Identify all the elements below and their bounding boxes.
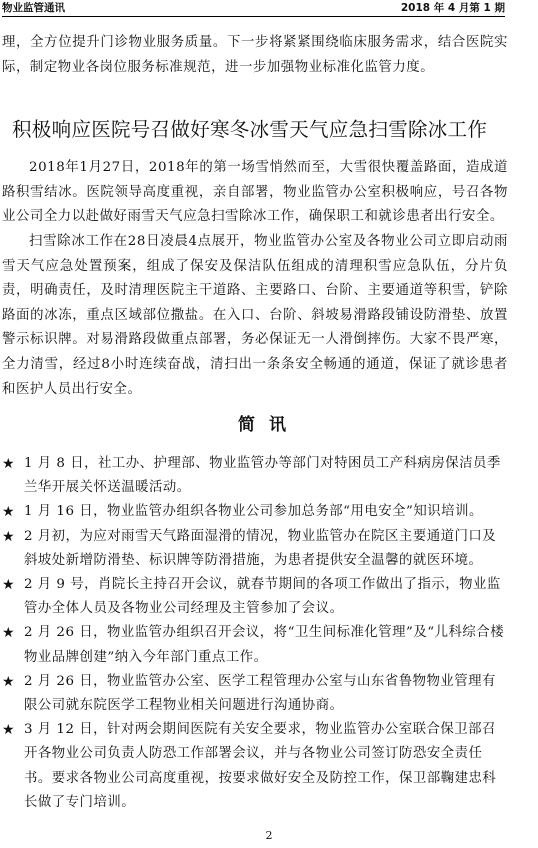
intro-continuation-paragraph: 理，全方位提升门诊物业服务质量。下一步将紧紧围绕临床服务需求，结合医院实际，制定… [2,31,508,80]
brief-text: 2 月 9 号，肖院长主持召开会议，就春节期间的各项工作做出了指示，物业监管办全… [24,577,501,616]
brief-text: 2 月 26 日，物业监管办组织召开会议，将“卫生间标准化管理”及“儿科综合楼物… [24,625,504,664]
brief-item: ★3 月 12 日，针对两会期间医院有关安全要求，物业监管办公室联合保卫部召开各… [2,718,508,815]
star-bullet-icon: ★ [2,525,15,549]
star-bullet-icon: ★ [2,573,15,597]
briefs-list: ★1 月 8 日，社工办、护理部、物业监管办等部门对特困员工产科病房保洁员季兰华… [2,452,508,815]
publication-name: 物业监管通讯 [2,2,65,14]
brief-item: ★2 月初，为应对雨雪天气路面湿滑的情况，物业监管办在院区主要通道门口及斜坡处新… [2,525,508,573]
article-paragraph-1: 2018年1月27日，2018年的第一场雪悄然而至，大雪很快覆盖路面，造成道路积… [2,156,508,230]
star-bullet-icon: ★ [2,621,15,645]
star-bullet-icon: ★ [2,452,15,476]
brief-text: 1 月 8 日，社工办、护理部、物业监管办等部门对特困员工产科病房保洁员季兰华开… [24,456,501,495]
brief-item: ★2 月 26 日，物业监管办公室、医学工程管理办公室与山东省鲁物物业管理有限公… [2,670,508,718]
star-bullet-icon: ★ [2,500,15,524]
brief-text: 3 月 12 日，针对两会期间医院有关安全要求，物业监管办公室联合保卫部召开各物… [24,722,496,810]
issue-label: 2018 年 4 月第 1 期 [401,2,505,14]
page-header: 物业监管通讯 2018 年 4 月第 1 期 [2,2,505,17]
article-title: 积极响应医院号召做好寒冬冰雪天气应急扫雪除冰工作 [12,117,532,143]
brief-text: 2 月初，为应对雨雪天气路面湿滑的情况，物业监管办在院区主要通道门口及斜坡处新增… [24,529,496,568]
briefs-section-title: 简讯 [0,410,538,435]
star-bullet-icon: ★ [2,718,15,742]
brief-item: ★2 月 9 号，肖院长主持召开会议，就春节期间的各项工作做出了指示，物业监管办… [2,573,508,621]
brief-item: ★1 月 16 日，物业监管办组织各物业公司参加总务部“用电安全”知识培训。 [2,500,508,524]
article-paragraph-2: 扫雪除冰工作在28日凌晨4点展开，物业监管办公室及各物业公司立即启动雨雪天气应急… [2,230,508,402]
brief-item: ★2 月 26 日，物业监管办组织召开会议，将“卫生间标准化管理”及“儿科综合楼… [2,621,508,669]
star-bullet-icon: ★ [2,670,15,694]
brief-item: ★1 月 8 日，社工办、护理部、物业监管办等部门对特困员工产科病房保洁员季兰华… [2,452,508,500]
brief-text: 1 月 16 日，物业监管办组织各物业公司参加总务部“用电安全”知识培训。 [24,504,483,519]
brief-text: 2 月 26 日，物业监管办公室、医学工程管理办公室与山东省鲁物物业管理有限公司… [24,674,496,713]
page-number: 2 [0,829,538,842]
